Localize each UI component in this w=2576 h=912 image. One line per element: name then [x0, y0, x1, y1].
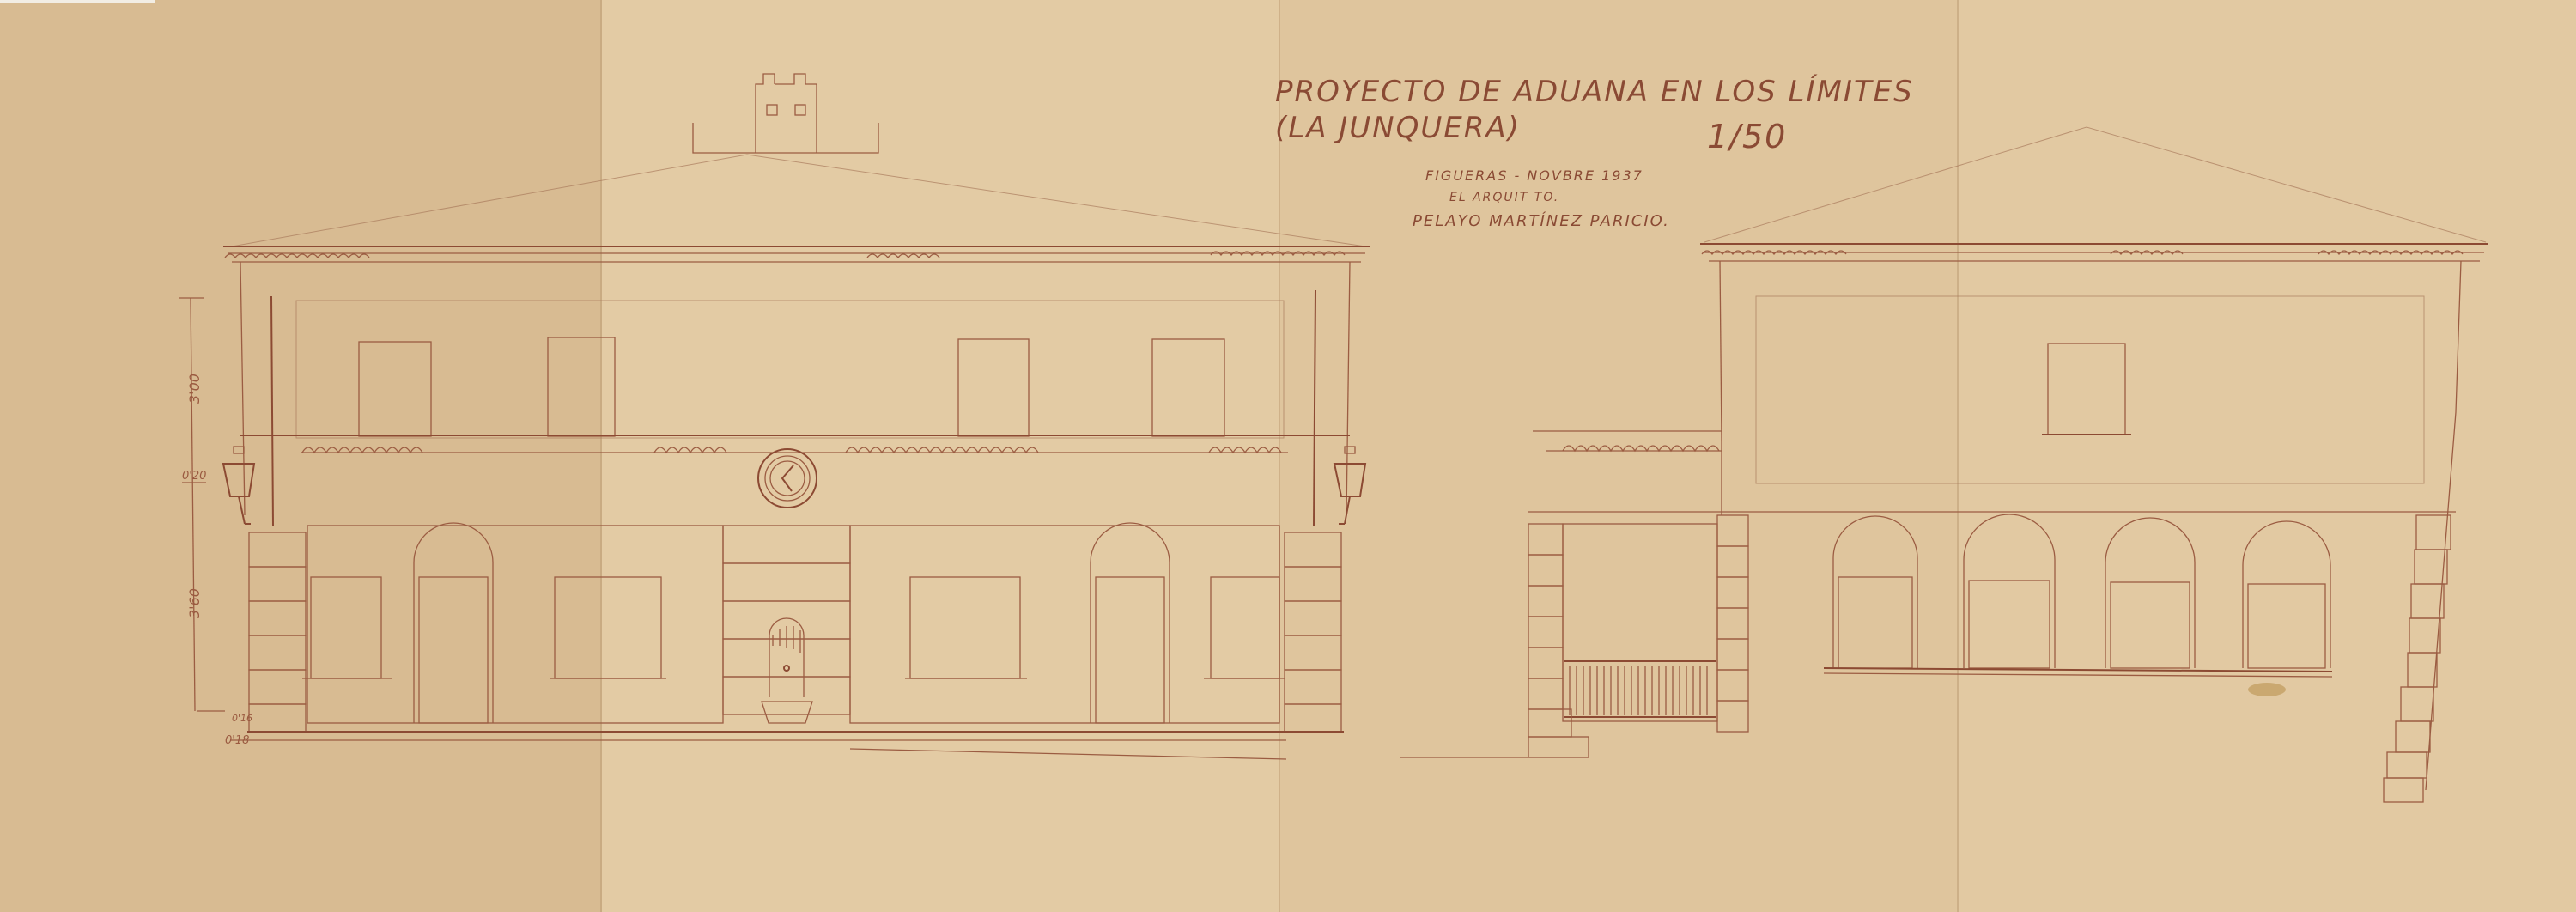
- place-date: FIGUERAS - NOVBRE 1937: [1425, 167, 1643, 184]
- dim-upper-floor: 3'00: [186, 374, 203, 404]
- project-location: (LA JUNQUERA): [1275, 111, 1521, 145]
- dim-plinth: 0'16: [232, 713, 252, 724]
- dim-ground-floor: 3'60: [186, 588, 203, 618]
- architect-role: EL ARQUIT TO.: [1449, 191, 1559, 204]
- project-title: PROYECTO DE ADUANA EN LOS LÍMITES: [1275, 74, 1914, 109]
- architectural-drawing-sheet: PROYECTO DE ADUANA EN LOS LÍMITES (LA JU…: [0, 0, 2576, 912]
- dim-band: 0'20: [182, 470, 206, 483]
- dim-base: 0'18: [225, 734, 249, 747]
- architect-name: PELAYO MARTÍNEZ PARICIO.: [1413, 211, 1670, 230]
- scale-label: 1/50: [1707, 118, 1787, 155]
- stain: [2248, 683, 2286, 696]
